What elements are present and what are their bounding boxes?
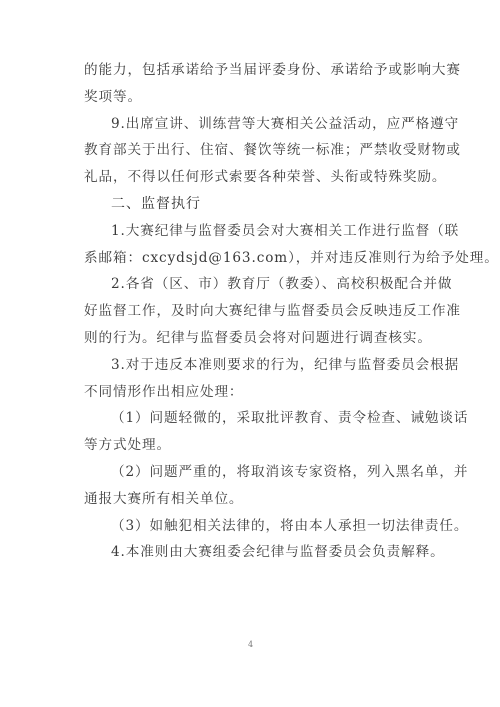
text-line-5: 礼品，不得以任何形式索要各种荣誉、头衔或特殊奖励。: [84, 164, 430, 191]
text-line-16: （2）问题严重的，将取消该专家资格，列入黑名单，并: [84, 459, 430, 486]
text-line-7: 1.大赛纪律与监督委员会对大赛相关工作进行监督（联: [84, 218, 430, 245]
text-line-12: 3.对于违反本准则要求的行为，纪律与监督委员会根据: [84, 352, 430, 379]
text-line-4: 教育部关于出行、住宿、餐饮等统一标准；严禁收受财物或: [84, 137, 430, 164]
text-line-8: 系邮箱：cxcydsjd@163.com），并对违反准则行为给予处理。: [84, 245, 430, 272]
text-line-2: 奖项等。: [84, 84, 430, 111]
text-line-14: （1）问题轻微的，采取批评教育、责令检查、诫勉谈话: [84, 405, 430, 432]
text-line-1: 的能力，包括承诺给予当届评委身份、承诺给予或影响大赛: [84, 57, 430, 84]
text-line-10: 好监督工作，及时向大赛纪律与监督委员会反映违反工作准: [84, 298, 430, 325]
text-line-11: 则的行为。纪律与监督委员会将对问题进行调查核实。: [84, 325, 430, 352]
text-line-9: 2.各省（区、市）教育厅（教委）、高校积极配合并做: [84, 271, 430, 298]
page-number: 4: [248, 640, 253, 649]
text-line-17: 通报大赛所有相关单位。: [84, 486, 430, 513]
text-line-18: （3）如触犯相关法律的，将由本人承担一切法律责任。: [84, 513, 430, 540]
document-body: 的能力，包括承诺给予当届评委身份、承诺给予或影响大赛 奖项等。 9.出席宣讲、训…: [84, 57, 430, 566]
text-line-19: 4.本准则由大赛组委会纪律与监督委员会负责解释。: [84, 539, 430, 566]
text-line-13: 不同情形作出相应处理：: [84, 379, 430, 406]
text-line-3: 9.出席宣讲、训练营等大赛相关公益活动，应严格遵守: [84, 111, 430, 138]
text-line-15: 等方式处理。: [84, 432, 430, 459]
section-heading: 二、监督执行: [84, 191, 430, 218]
